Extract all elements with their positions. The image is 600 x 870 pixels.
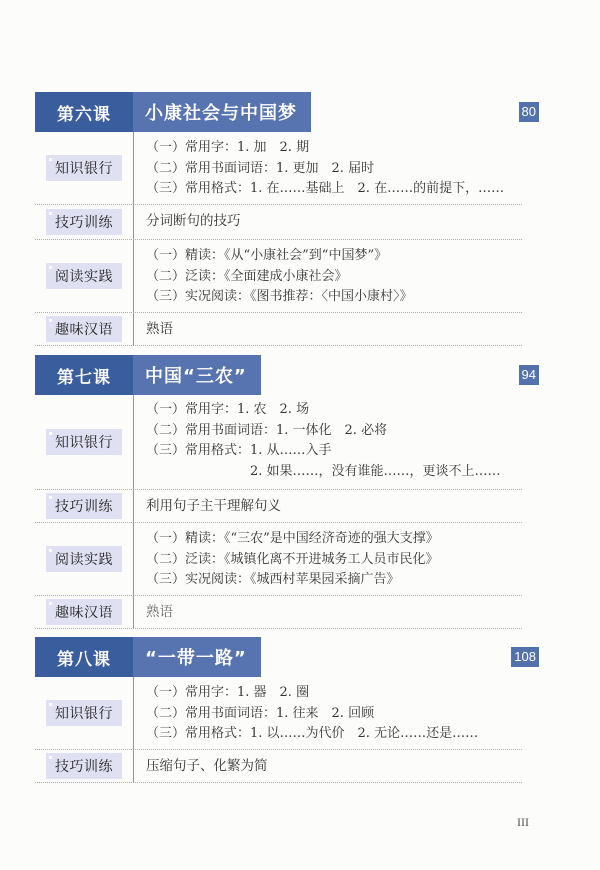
lesson-number: 第八课: [35, 637, 133, 677]
row-knowledge-bank: 知识银行 （一）常用字：1. 农 2. 场 （二）常用书面词语：1. 一体化 2…: [35, 395, 522, 490]
lesson-header: 第六课 小康社会与中国梦 80: [35, 92, 545, 132]
content-line: 2. 如果……，没有谁能……，更谈不上……: [146, 462, 501, 483]
lesson-number: 第七课: [35, 355, 133, 395]
content-line: （三）常用格式：1. 以……为代价 2. 无论……还是……: [146, 724, 478, 745]
content-line: （一）精读：《“三农”是中国经济奇迹的强大支撑》: [146, 529, 439, 550]
row-content: （一）常用字：1. 农 2. 场 （二）常用书面词语：1. 一体化 2. 必将 …: [134, 395, 501, 489]
content-line: （二）泛读：《全面建成小康社会》: [146, 267, 413, 288]
lesson-title: “一带一路”: [133, 637, 261, 677]
lesson-body: 知识银行 （一）常用字：1. 加 2. 期 （二）常用书面词语：1. 更加 2.…: [35, 132, 522, 346]
row-content: 熟语: [134, 313, 173, 345]
row-reading-practice: 阅读实践 （一）精读：《“三农”是中国经济奇迹的强大支撑》 （二）泛读：《城镇化…: [35, 523, 522, 596]
row-knowledge-bank: 知识银行 （一）常用字：1. 加 2. 期 （二）常用书面词语：1. 更加 2.…: [35, 132, 522, 205]
row-label: 知识银行: [35, 132, 134, 204]
row-content: 熟语: [134, 596, 173, 628]
lesson-title: 中国“三农”: [133, 355, 261, 395]
row-reading-practice: 阅读实践 （一）精读：《从“小康社会”到“中国梦”》 （二）泛读：《全面建成小康…: [35, 240, 522, 313]
content-line: （二）常用书面词语：1. 一体化 2. 必将: [146, 421, 501, 442]
lesson-body: 知识银行 （一）常用字：1. 农 2. 场 （二）常用书面词语：1. 一体化 2…: [35, 395, 522, 629]
page-badge[interactable]: 80: [519, 102, 539, 122]
lesson-header: 第八课 “一带一路” 108: [35, 637, 545, 677]
lesson-header: 第七课 中国“三农” 94: [35, 355, 545, 395]
label-fun-chinese: 趣味汉语: [46, 599, 122, 625]
row-label: 技巧训练: [35, 490, 134, 522]
row-label: 知识银行: [35, 677, 134, 749]
lesson-7: 第七课 中国“三农” 94 知识银行 （一）常用字：1. 农 2. 场 （二）常…: [35, 355, 545, 629]
label-skills-training: 技巧训练: [46, 493, 122, 519]
content-line: （三）实况阅读：《城西村苹果园采摘广告》: [146, 570, 439, 591]
row-label: 技巧训练: [35, 750, 134, 782]
content-line: （一）常用字：1. 农 2. 场: [146, 400, 501, 421]
content-line: （二）常用书面词语：1. 更加 2. 届时: [146, 159, 504, 180]
page-badge[interactable]: 94: [519, 365, 539, 385]
lesson-number: 第六课: [35, 92, 133, 132]
row-fun-chinese: 趣味汉语 熟语: [35, 596, 522, 629]
label-knowledge-bank: 知识银行: [46, 429, 122, 455]
content-line: （三）实况阅读：《图书推荐：〈中国小康村〉》: [146, 287, 413, 308]
label-fun-chinese: 趣味汉语: [46, 316, 122, 342]
label-knowledge-bank: 知识银行: [46, 700, 122, 726]
content-line: （一）精读：《从“小康社会”到“中国梦”》: [146, 246, 413, 267]
lesson-6: 第六课 小康社会与中国梦 80 知识银行 （一）常用字：1. 加 2. 期 （二…: [35, 92, 545, 346]
page-badge[interactable]: 108: [511, 647, 539, 667]
label-reading-practice: 阅读实践: [46, 263, 122, 289]
row-label: 趣味汉语: [35, 313, 134, 345]
content-line: （二）泛读：《城镇化离不开进城务工人员市民化》: [146, 550, 439, 571]
row-content: （一）精读：《从“小康社会”到“中国梦”》 （二）泛读：《全面建成小康社会》 （…: [134, 240, 413, 312]
row-skills-training: 技巧训练 压缩句子、化繁为简: [35, 750, 522, 783]
row-skills-training: 技巧训练 分词断句的技巧: [35, 205, 522, 240]
row-content: 利用句子主干理解句义: [134, 490, 281, 522]
lesson-body: 知识银行 （一）常用字：1. 器 2. 圈 （二）常用书面词语：1. 往来 2.…: [35, 677, 522, 783]
row-knowledge-bank: 知识银行 （一）常用字：1. 器 2. 圈 （二）常用书面词语：1. 往来 2.…: [35, 677, 522, 750]
row-content: 压缩句子、化繁为简: [134, 750, 268, 782]
label-knowledge-bank: 知识银行: [46, 155, 122, 181]
label-skills-training: 技巧训练: [46, 209, 122, 235]
content-line: （二）常用书面词语：1. 往来 2. 回顾: [146, 704, 478, 725]
row-label: 阅读实践: [35, 240, 134, 312]
content-line: （三）常用格式：1. 在……基础上 2. 在……的前提下，……: [146, 179, 504, 200]
row-content: 分词断句的技巧: [134, 205, 241, 239]
row-label: 知识银行: [35, 395, 134, 489]
row-content: （一）常用字：1. 器 2. 圈 （二）常用书面词语：1. 往来 2. 回顾 （…: [134, 677, 478, 749]
lesson-title: 小康社会与中国梦: [133, 92, 311, 132]
content-line: （一）常用字：1. 器 2. 圈: [146, 683, 478, 704]
content-line: （一）常用字：1. 加 2. 期: [146, 138, 504, 159]
row-label: 阅读实践: [35, 523, 134, 595]
row-content: （一）精读：《“三农”是中国经济奇迹的强大支撑》 （二）泛读：《城镇化离不开进城…: [134, 523, 439, 595]
row-label: 趣味汉语: [35, 596, 134, 628]
lesson-8: 第八课 “一带一路” 108 知识银行 （一）常用字：1. 器 2. 圈 （二）…: [35, 637, 545, 783]
row-skills-training: 技巧训练 利用句子主干理解句义: [35, 490, 522, 523]
label-skills-training: 技巧训练: [46, 753, 122, 779]
label-reading-practice: 阅读实践: [46, 546, 122, 572]
content-line: （三）常用格式：1. 从……入手: [146, 441, 501, 462]
row-label: 技巧训练: [35, 205, 134, 239]
row-content: （一）常用字：1. 加 2. 期 （二）常用书面词语：1. 更加 2. 届时 （…: [134, 132, 504, 204]
page-number: III: [517, 815, 529, 830]
row-fun-chinese: 趣味汉语 熟语: [35, 313, 522, 346]
